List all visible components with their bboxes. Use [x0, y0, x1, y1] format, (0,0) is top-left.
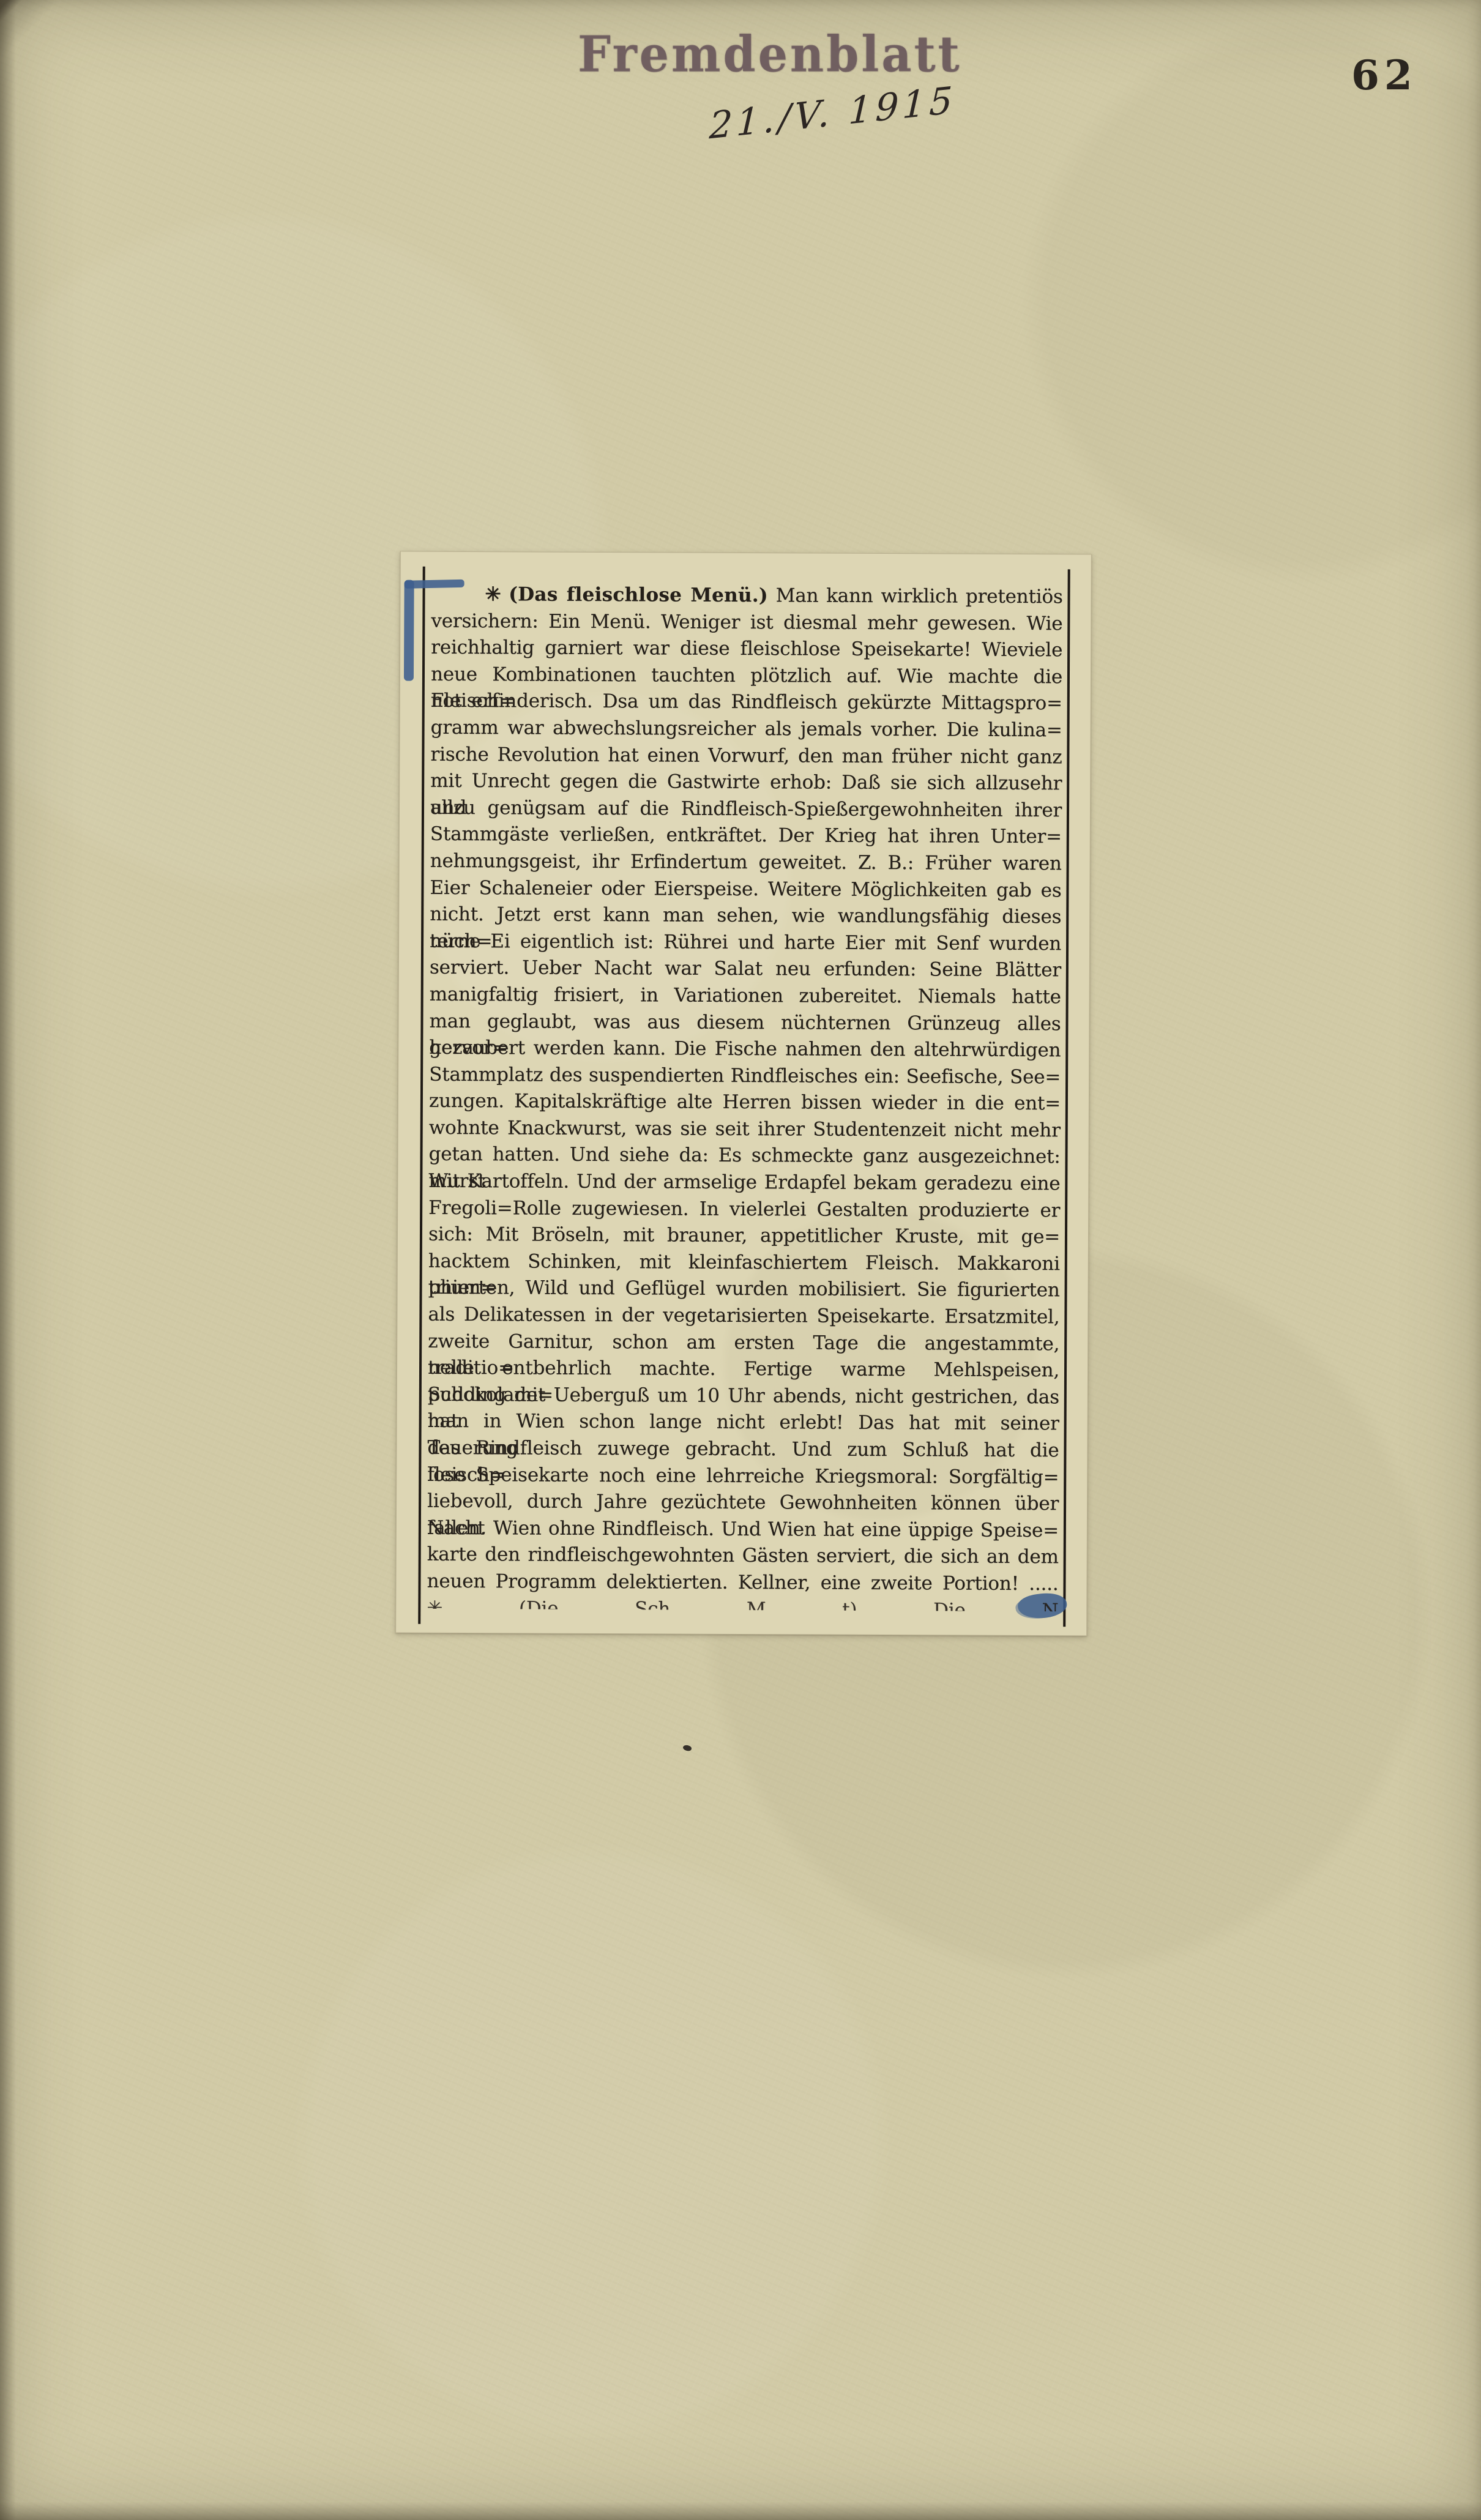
clipping-text-line: serviert. Ueber Nacht war Salat neu erfu…	[430, 955, 1061, 984]
column-rule-right	[1063, 569, 1070, 1627]
clipping-text-line: versichern: Ein Menü. Weniger ist diesma…	[431, 608, 1062, 637]
clipping-text-line: allzu genügsam auf die Rindfleisch-Spieß…	[430, 795, 1062, 824]
clipping-text-column: ✳ (Das fleischlose Menü.) Man kann wirkl…	[427, 581, 1062, 1611]
ink-speck	[682, 1744, 692, 1752]
scan-left-edge-shadow	[0, 0, 16, 2520]
clipping-lines: versichern: Ein Menü. Weniger ist diesma…	[427, 608, 1062, 1597]
clipping-text-line: phierten, Wild und Geflügel wurden mobil…	[428, 1275, 1060, 1304]
clipping-text-line: karte den rindfleischgewohnten Gästen se…	[427, 1541, 1059, 1571]
printer-ornament-icon: ✳	[485, 583, 501, 605]
clipping-text-line: not erfinderisch. Dsa um das Rindfleisch…	[431, 688, 1062, 717]
clipping-text-line: Stammgäste verließen, entkräftet. Der Kr…	[430, 821, 1062, 851]
clipping-text-line: getan hatten. Und siehe da: Es schmeckte…	[428, 1141, 1060, 1171]
clipping-text-line: Eier Schaleneier oder Eierspeise. Weiter…	[430, 874, 1061, 904]
clipping-text-line: manigfaltig frisiert, in Variationen zub…	[430, 982, 1061, 1011]
clipping-text-line: rische Revolution hat einen Vorwurf, den…	[430, 741, 1062, 770]
clipping-text-line: man in Wien schon lange nicht erlebt! Da…	[428, 1408, 1059, 1437]
clipping-text-line: mit Kartoffeln. Und der armselige Erdapf…	[428, 1168, 1060, 1198]
clipping-text-line: man geglaubt, was aus diesem nüchternen …	[429, 1008, 1061, 1037]
clipping-title-line: ✳ (Das fleischlose Menü.) Man kann wirkl…	[431, 581, 1062, 611]
clipping-text-line: zungen. Kapitalskräftige alte Herren bis…	[429, 1088, 1061, 1117]
clipping-text-line: neue Kombinationen tauchten plötzlich au…	[431, 662, 1062, 691]
clipping-text-line: hacktem Schinken, mit kleinfaschiertem F…	[428, 1248, 1060, 1278]
clipping-text-line: fallen. Wien ohne Rindfleisch. Und Wien …	[427, 1515, 1059, 1545]
blue-pencil-bracket-side	[404, 580, 414, 681]
newspaper-clipping: ✳ (Das fleischlose Menü.) Man kann wirkl…	[395, 551, 1092, 1636]
clipping-text-line: Man kann wirklich pretentiös	[776, 584, 1063, 608]
scan-bottom-edge-shadow	[0, 2502, 1481, 2520]
cut-off-partial-line: ✳ (Die Sch M t) Die N	[427, 1595, 1058, 1611]
clipping-text-line: gramm war abwechslungsreicher als jemals…	[431, 715, 1062, 744]
clipping-text-line: pudding mit Ueberguß um 10 Uhr abends, n…	[428, 1382, 1059, 1411]
clipping-text-line: terne Ei eigentlich ist: Rührei und hart…	[430, 928, 1061, 957]
clipping-text-line: neuen Programm delektierten. Kellner, ei…	[427, 1568, 1058, 1598]
clipping-text-line: liebevoll, durch Jahre gezüchtete Gewohn…	[427, 1488, 1059, 1518]
clipping-text-line: lose Speisekarte noch eine lehrreiche Kr…	[427, 1461, 1059, 1491]
clipping-text-line: nehmungsgeist, ihr Erfindertum geweitet.…	[430, 848, 1062, 878]
handwritten-date: 21./V. 1915	[709, 78, 957, 147]
clipping-text-line: reichhaltig garniert war diese fleischlo…	[431, 635, 1062, 664]
clipping-text-line: sich: Mit Bröseln, mit brauner, appetitl…	[428, 1221, 1060, 1251]
clipping-text-line: das Rindfleisch zuwege gebracht. Und zum…	[427, 1435, 1059, 1464]
article-title: (Das fleischlose Menü.)	[509, 583, 768, 606]
clipping-text-line: mit Unrecht gegen die Gastwirte erhob: D…	[430, 768, 1062, 797]
cut-off-line-region: ✳ (Die Sch M t) Die N	[427, 1595, 1058, 1611]
clipping-text-line: nelle entbehrlich machte. Fertige warme …	[428, 1355, 1059, 1384]
clipping-text-line: gezaubert werden kann. Die Fische nahmen…	[429, 1035, 1061, 1064]
folio-page-number: 62	[1351, 51, 1417, 99]
clipping-text-line: wohnte Knackwurst, was sie seit ihrer St…	[429, 1115, 1061, 1144]
clipping-text-line: zweite Garnitur, schon am ersten Tage di…	[428, 1328, 1059, 1357]
clipping-text-line: nicht. Jetzt erst kann man sehen, wie wa…	[430, 901, 1061, 931]
newspaper-name-stamp: Fremdenblatt	[578, 25, 896, 83]
column-rule-left	[418, 567, 425, 1624]
clipping-text-line: Fregoli=Rolle zugewiesen. In vielerlei G…	[428, 1195, 1060, 1224]
clipping-text-line: Stammplatz des suspendierten Rindfleisch…	[429, 1061, 1061, 1090]
scanned-archive-page: Fremdenblatt 21./V. 1915 62 ✳ (Das fleis…	[0, 0, 1481, 2520]
clipping-text-line: als Delikatessen in der vegetarisierten …	[428, 1302, 1059, 1331]
